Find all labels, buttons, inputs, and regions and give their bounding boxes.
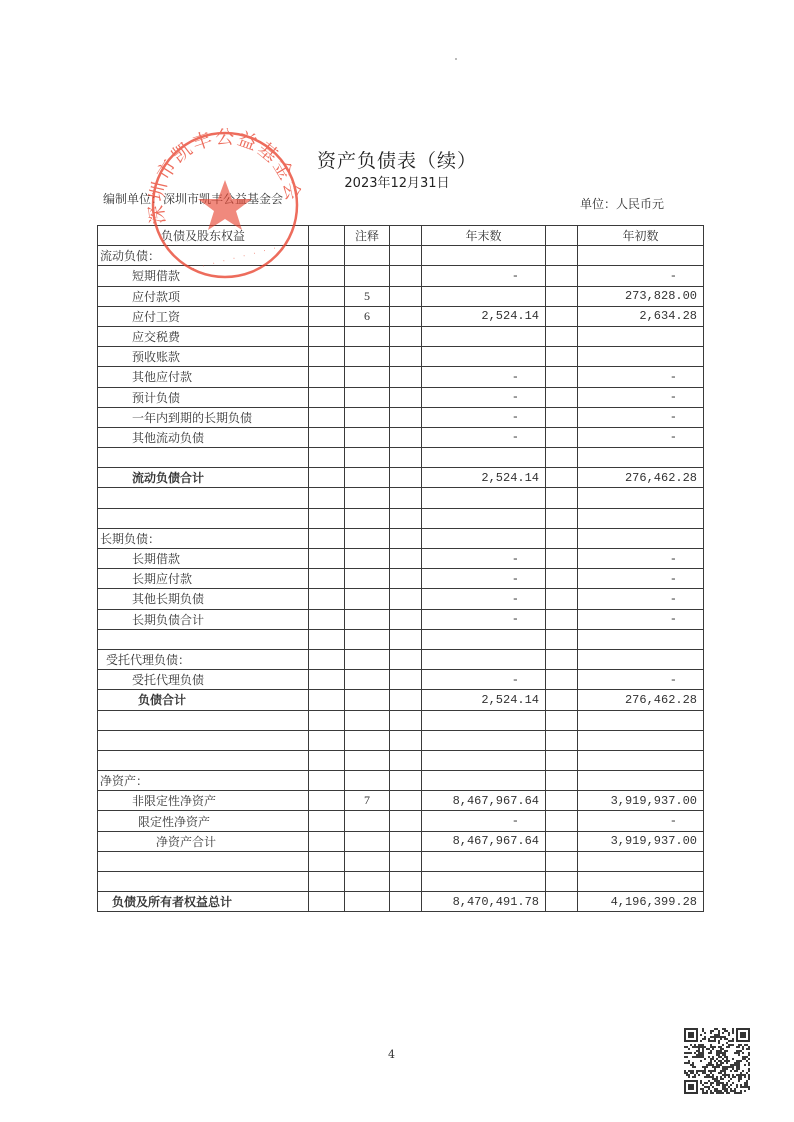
row-note [345, 387, 390, 407]
row-spacer [390, 468, 422, 488]
row-spacer [390, 266, 422, 286]
row-label: 应付工资 [98, 306, 309, 326]
row-note [345, 528, 390, 548]
row-label: 长期负债： [98, 528, 309, 548]
table-row: 一年内到期的长期负债-- [98, 407, 704, 427]
row-spacer [546, 549, 578, 569]
row-note [345, 508, 390, 528]
row-spacer [390, 347, 422, 367]
header-spacer [390, 226, 422, 246]
row-note [345, 872, 390, 892]
row-spacer [546, 670, 578, 690]
row-label: 短期借款 [98, 266, 309, 286]
row-beginning-of-year: - [578, 670, 704, 690]
row-label: 其他长期负债 [98, 589, 309, 609]
row-spacer [546, 306, 578, 326]
row-beginning-of-year [578, 347, 704, 367]
page-number: 4 [388, 1048, 395, 1061]
row-beginning-of-year: - [578, 549, 704, 569]
row-spacer [390, 549, 422, 569]
table-row: 长期借款-- [98, 549, 704, 569]
table-row: 受托代理负债-- [98, 670, 704, 690]
row-beginning-of-year: - [578, 367, 704, 387]
row-spacer [309, 831, 345, 851]
row-note [345, 690, 390, 710]
row-label: 长期借款 [98, 549, 309, 569]
row-spacer [546, 750, 578, 770]
row-label [98, 851, 309, 871]
row-spacer [390, 448, 422, 468]
row-beginning-of-year [578, 710, 704, 730]
row-label: 受托代理负债 [98, 670, 309, 690]
row-note [345, 831, 390, 851]
row-note [345, 649, 390, 669]
row-end-of-year [422, 629, 546, 649]
row-spacer [309, 326, 345, 346]
row-label [98, 488, 309, 508]
row-spacer [546, 286, 578, 306]
row-spacer [390, 286, 422, 306]
row-spacer [390, 872, 422, 892]
row-note [345, 710, 390, 730]
row-spacer [546, 569, 578, 589]
row-label: 负债及所有者权益总计 [98, 892, 309, 912]
header-spacer [546, 226, 578, 246]
row-spacer [546, 488, 578, 508]
row-label: 预收账款 [98, 347, 309, 367]
row-spacer [390, 246, 422, 266]
row-beginning-of-year [578, 750, 704, 770]
row-label: 应付款项 [98, 286, 309, 306]
currency-unit: 单位：人民币元 [580, 195, 664, 212]
row-beginning-of-year: 273,828.00 [578, 286, 704, 306]
row-beginning-of-year: 2,634.28 [578, 306, 704, 326]
row-note [345, 811, 390, 831]
row-spacer [390, 670, 422, 690]
prepared-by-value: 深圳市凯丰公益基金会 [163, 192, 283, 206]
row-spacer [546, 508, 578, 528]
table-row: 限定性净资产-- [98, 811, 704, 831]
row-beginning-of-year: 276,462.28 [578, 690, 704, 710]
row-end-of-year [422, 710, 546, 730]
table-row: 长期负债合计-- [98, 609, 704, 629]
table-row [98, 710, 704, 730]
row-spacer [309, 690, 345, 710]
table-row: 其他流动负债-- [98, 427, 704, 447]
row-beginning-of-year [578, 326, 704, 346]
row-spacer [390, 407, 422, 427]
row-spacer [390, 326, 422, 346]
row-spacer [390, 629, 422, 649]
row-spacer [546, 730, 578, 750]
row-spacer [546, 649, 578, 669]
header-beginning-of-year: 年初数 [578, 226, 704, 246]
row-end-of-year [422, 730, 546, 750]
row-note [345, 468, 390, 488]
row-spacer [390, 508, 422, 528]
row-beginning-of-year [578, 508, 704, 528]
row-beginning-of-year: - [578, 589, 704, 609]
row-spacer [309, 448, 345, 468]
table-row: 短期借款-- [98, 266, 704, 286]
row-end-of-year [422, 851, 546, 871]
row-spacer [546, 407, 578, 427]
row-spacer [546, 448, 578, 468]
row-note [345, 266, 390, 286]
row-label: 长期负债合计 [98, 609, 309, 629]
row-label [98, 629, 309, 649]
row-spacer [309, 872, 345, 892]
table-row: 应交税费 [98, 326, 704, 346]
row-spacer [309, 892, 345, 912]
prepared-by: 编制单位：深圳市凯丰公益基金会 [103, 190, 283, 207]
row-spacer [390, 851, 422, 871]
table-row: 预计负债-- [98, 387, 704, 407]
row-spacer [546, 427, 578, 447]
row-label [98, 872, 309, 892]
row-beginning-of-year [578, 851, 704, 871]
row-spacer [546, 872, 578, 892]
row-end-of-year: 8,467,967.64 [422, 791, 546, 811]
row-note [345, 427, 390, 447]
row-note [345, 670, 390, 690]
row-end-of-year: - [422, 569, 546, 589]
row-spacer [546, 266, 578, 286]
row-end-of-year: - [422, 407, 546, 427]
row-note [345, 730, 390, 750]
row-spacer [390, 710, 422, 730]
row-spacer [309, 730, 345, 750]
row-spacer [546, 831, 578, 851]
row-spacer [309, 367, 345, 387]
row-spacer [309, 609, 345, 629]
row-spacer [546, 326, 578, 346]
table-row [98, 872, 704, 892]
row-spacer [390, 387, 422, 407]
row-spacer [309, 407, 345, 427]
row-end-of-year: 2,524.14 [422, 306, 546, 326]
row-spacer [390, 690, 422, 710]
row-beginning-of-year [578, 246, 704, 266]
row-label: 负债合计 [98, 690, 309, 710]
page-title: 资产负债表（续） [0, 146, 794, 173]
row-spacer [546, 367, 578, 387]
table-row [98, 508, 704, 528]
row-end-of-year: - [422, 266, 546, 286]
row-spacer [309, 528, 345, 548]
row-spacer [546, 851, 578, 871]
row-spacer [546, 710, 578, 730]
table-row: 净资产： [98, 771, 704, 791]
row-beginning-of-year [578, 771, 704, 791]
table-row [98, 629, 704, 649]
row-end-of-year [422, 872, 546, 892]
row-spacer [546, 690, 578, 710]
row-end-of-year [422, 347, 546, 367]
table-row: 长期应付款-- [98, 569, 704, 589]
row-end-of-year: - [422, 609, 546, 629]
row-end-of-year [422, 326, 546, 346]
table-row: 长期负债： [98, 528, 704, 548]
row-spacer [309, 427, 345, 447]
row-note [345, 246, 390, 266]
row-spacer [546, 387, 578, 407]
row-spacer [309, 508, 345, 528]
row-beginning-of-year [578, 528, 704, 548]
row-end-of-year: - [422, 549, 546, 569]
table-row [98, 750, 704, 770]
row-end-of-year: 2,524.14 [422, 468, 546, 488]
row-note: 6 [345, 306, 390, 326]
row-note [345, 771, 390, 791]
row-end-of-year: 8,467,967.64 [422, 831, 546, 851]
row-spacer [390, 488, 422, 508]
row-note [345, 488, 390, 508]
row-beginning-of-year: - [578, 811, 704, 831]
row-label: 限定性净资产 [98, 811, 309, 831]
row-end-of-year [422, 649, 546, 669]
table-row: 流动负债合计2,524.14276,462.28 [98, 468, 704, 488]
row-beginning-of-year: - [578, 407, 704, 427]
row-spacer [390, 811, 422, 831]
row-end-of-year [422, 508, 546, 528]
row-beginning-of-year [578, 649, 704, 669]
row-spacer [390, 831, 422, 851]
row-spacer [309, 750, 345, 770]
row-spacer [546, 629, 578, 649]
row-beginning-of-year: - [578, 427, 704, 447]
row-spacer [390, 730, 422, 750]
row-label: 其他应付款 [98, 367, 309, 387]
row-note [345, 629, 390, 649]
row-spacer [546, 246, 578, 266]
table-body: 流动负债：短期借款--应付款项5273,828.00应付工资62,524.142… [98, 246, 704, 912]
row-beginning-of-year: - [578, 569, 704, 589]
row-label: 预计负债 [98, 387, 309, 407]
unit-label: 单位： [580, 197, 616, 211]
row-spacer [390, 892, 422, 912]
row-beginning-of-year: 276,462.28 [578, 468, 704, 488]
row-end-of-year: - [422, 427, 546, 447]
row-end-of-year [422, 488, 546, 508]
row-spacer [309, 589, 345, 609]
row-spacer [390, 791, 422, 811]
row-label [98, 730, 309, 750]
table-row: 非限定性净资产78,467,967.643,919,937.00 [98, 791, 704, 811]
row-end-of-year [422, 246, 546, 266]
table-row: 其他长期负债-- [98, 589, 704, 609]
row-end-of-year: - [422, 387, 546, 407]
qr-code-icon [684, 1028, 750, 1094]
table-row [98, 730, 704, 750]
row-spacer [546, 609, 578, 629]
row-spacer [390, 367, 422, 387]
table-header-row: 负债及股东权益 注释 年末数 年初数 [98, 226, 704, 246]
row-spacer [309, 670, 345, 690]
row-spacer [309, 710, 345, 730]
row-beginning-of-year: - [578, 387, 704, 407]
row-label: 应交税费 [98, 326, 309, 346]
row-end-of-year: - [422, 367, 546, 387]
row-label [98, 448, 309, 468]
row-note: 5 [345, 286, 390, 306]
row-spacer [390, 771, 422, 791]
row-end-of-year [422, 286, 546, 306]
row-beginning-of-year [578, 629, 704, 649]
table-row: 其他应付款-- [98, 367, 704, 387]
row-note [345, 347, 390, 367]
row-label: 其他流动负债 [98, 427, 309, 447]
row-spacer [309, 468, 345, 488]
row-spacer [309, 387, 345, 407]
unit-value: 人民币元 [616, 197, 664, 211]
row-label: 长期应付款 [98, 569, 309, 589]
row-note [345, 367, 390, 387]
row-spacer [309, 246, 345, 266]
table-row: 负债及所有者权益总计8,470,491.784,196,399.28 [98, 892, 704, 912]
row-beginning-of-year [578, 488, 704, 508]
row-note [345, 750, 390, 770]
table-row [98, 851, 704, 871]
row-spacer [390, 649, 422, 669]
table-row: 应付工资62,524.142,634.28 [98, 306, 704, 326]
header-item: 负债及股东权益 [98, 226, 309, 246]
table-row [98, 488, 704, 508]
row-end-of-year: 8,470,491.78 [422, 892, 546, 912]
row-spacer [390, 569, 422, 589]
row-spacer [546, 528, 578, 548]
row-note [345, 851, 390, 871]
row-spacer [309, 306, 345, 326]
header-note: 注释 [345, 226, 390, 246]
row-label: 净资产： [98, 771, 309, 791]
table-row: 预收账款 [98, 347, 704, 367]
row-end-of-year [422, 771, 546, 791]
row-spacer [546, 589, 578, 609]
row-note [345, 448, 390, 468]
row-spacer [546, 771, 578, 791]
row-end-of-year: 2,524.14 [422, 690, 546, 710]
row-label: 流动负债： [98, 246, 309, 266]
row-note [345, 892, 390, 912]
row-label [98, 508, 309, 528]
table-row: 应付款项5273,828.00 [98, 286, 704, 306]
table-row [98, 448, 704, 468]
row-end-of-year: - [422, 589, 546, 609]
row-note: 7 [345, 791, 390, 811]
row-note [345, 589, 390, 609]
row-note [345, 609, 390, 629]
row-label: 净资产合计 [98, 831, 309, 851]
row-beginning-of-year: - [578, 609, 704, 629]
row-spacer [546, 347, 578, 367]
row-spacer [546, 892, 578, 912]
row-note [345, 569, 390, 589]
table-row: 负债合计2,524.14276,462.28 [98, 690, 704, 710]
row-label: 非限定性净资产 [98, 791, 309, 811]
row-spacer [309, 549, 345, 569]
row-label [98, 750, 309, 770]
balance-sheet-table: 负债及股东权益 注释 年末数 年初数 流动负债：短期借款--应付款项5273,8… [97, 225, 704, 912]
row-spacer [309, 811, 345, 831]
row-spacer [309, 791, 345, 811]
row-end-of-year: - [422, 811, 546, 831]
row-beginning-of-year: 4,196,399.28 [578, 892, 704, 912]
row-spacer [309, 649, 345, 669]
row-beginning-of-year: 3,919,937.00 [578, 791, 704, 811]
row-note [345, 326, 390, 346]
row-note [345, 549, 390, 569]
row-end-of-year: - [422, 670, 546, 690]
table-row: 流动负债： [98, 246, 704, 266]
row-beginning-of-year: 3,919,937.00 [578, 831, 704, 851]
row-spacer [390, 306, 422, 326]
scan-speck [455, 58, 457, 60]
row-spacer [390, 528, 422, 548]
row-spacer [390, 589, 422, 609]
row-beginning-of-year [578, 872, 704, 892]
row-end-of-year [422, 528, 546, 548]
row-spacer [309, 488, 345, 508]
table-row: 净资产合计8,467,967.643,919,937.00 [98, 831, 704, 851]
row-label [98, 710, 309, 730]
row-end-of-year [422, 448, 546, 468]
header-spacer [309, 226, 345, 246]
row-label: 受托代理负债： [98, 649, 309, 669]
row-spacer [390, 750, 422, 770]
row-spacer [309, 266, 345, 286]
row-spacer [546, 811, 578, 831]
report-date: 2023年12月31日 [0, 172, 794, 191]
row-spacer [309, 629, 345, 649]
row-note [345, 407, 390, 427]
row-spacer [309, 569, 345, 589]
row-label: 一年内到期的长期负债 [98, 407, 309, 427]
row-beginning-of-year [578, 730, 704, 750]
row-spacer [390, 427, 422, 447]
table-row: 受托代理负债： [98, 649, 704, 669]
row-beginning-of-year [578, 448, 704, 468]
row-label: 流动负债合计 [98, 468, 309, 488]
row-spacer [546, 468, 578, 488]
header-end-of-year: 年末数 [422, 226, 546, 246]
row-spacer [546, 791, 578, 811]
row-spacer [390, 609, 422, 629]
prepared-by-label: 编制单位： [103, 192, 163, 206]
row-spacer [309, 851, 345, 871]
row-spacer [309, 347, 345, 367]
row-spacer [309, 286, 345, 306]
row-spacer [309, 771, 345, 791]
row-beginning-of-year: - [578, 266, 704, 286]
row-end-of-year [422, 750, 546, 770]
